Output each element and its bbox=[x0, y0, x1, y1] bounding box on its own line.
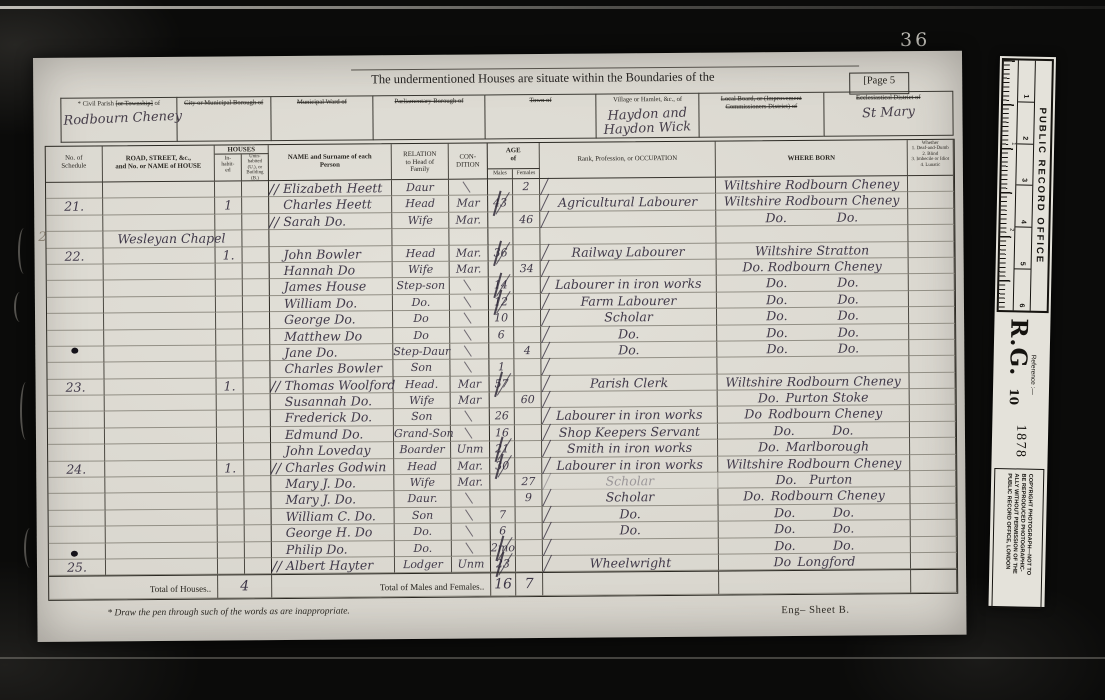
inhabited-cell bbox=[217, 476, 244, 493]
relation-cell: Step-Daur bbox=[393, 344, 450, 361]
district-box-4: Town of bbox=[484, 94, 596, 140]
schedule-cell bbox=[47, 363, 104, 380]
infirmity-cell bbox=[910, 471, 956, 488]
condition-cell: Mar. bbox=[450, 261, 489, 278]
road-cell bbox=[105, 460, 217, 477]
age-male-cell bbox=[488, 212, 513, 229]
header-born: WHERE BORN bbox=[716, 140, 908, 178]
inhabited-cell bbox=[215, 181, 242, 198]
road-cell bbox=[106, 559, 218, 576]
age-female-cell bbox=[515, 425, 542, 442]
condition-cell: Mar bbox=[451, 393, 490, 410]
born-cell: Do. Do. bbox=[717, 340, 909, 358]
header-females: Females bbox=[513, 169, 540, 179]
pen-slash bbox=[464, 329, 472, 340]
inhabited-cell bbox=[216, 280, 243, 297]
occupation-cell: Do. bbox=[541, 342, 717, 360]
film-frame-number: 36 bbox=[900, 29, 930, 51]
census-table: No. of ScheduleROAD, STREET, &c., and No… bbox=[45, 139, 959, 602]
relation-cell: Son bbox=[394, 409, 451, 426]
district-box-3: Parliamentary Borough of bbox=[373, 94, 485, 140]
uninhabited-cell bbox=[242, 247, 269, 264]
sheet-designation: Eng– Sheet B. bbox=[781, 605, 849, 617]
district-handwritten-value: Haydon Wick bbox=[599, 119, 697, 138]
infirmity-cell bbox=[911, 553, 957, 570]
road-cell bbox=[104, 296, 216, 313]
schedule-cell: 23. bbox=[48, 379, 105, 396]
occupation-cell: Scholar bbox=[542, 489, 718, 507]
age-female-cell bbox=[515, 376, 542, 393]
road-cell bbox=[104, 345, 216, 362]
age-male-cell: 26 bbox=[490, 409, 515, 426]
infirmity-cell bbox=[909, 372, 955, 389]
road-cell bbox=[105, 378, 217, 395]
relation-cell: Grand-Son bbox=[394, 426, 451, 443]
pen-tick bbox=[541, 276, 550, 294]
name-cell: William Do. bbox=[270, 295, 393, 312]
relation-cell: Do. bbox=[393, 294, 450, 311]
uninhabited-cell bbox=[243, 296, 270, 313]
relation-cell: Wife bbox=[393, 262, 450, 279]
header-condition: CON- DITION bbox=[449, 143, 488, 179]
condition-cell: Mar bbox=[451, 376, 490, 393]
occupation-cell bbox=[541, 358, 717, 376]
district-box-1: City or Municipal Borough of bbox=[176, 96, 270, 142]
inhabited-cell bbox=[218, 526, 245, 543]
occupation-cell: Farm Labourer bbox=[541, 292, 717, 310]
header-relation: RELATION to Head of Family bbox=[392, 144, 449, 180]
name-cell: George H. Do bbox=[272, 524, 395, 541]
relation-cell: Son bbox=[393, 360, 450, 377]
relation-cell: Step-son bbox=[393, 278, 450, 295]
ruler-box-number: 6 bbox=[1014, 269, 1031, 310]
infirmity-cell bbox=[908, 241, 954, 258]
infirmity-cell bbox=[909, 274, 955, 291]
born-cell: Do. Do. bbox=[719, 537, 911, 555]
age-female-cell: 4 bbox=[514, 343, 541, 360]
road-cell bbox=[104, 313, 216, 330]
uninhabited-cell bbox=[242, 181, 269, 198]
occupation-cell: Agricultural Labourer bbox=[540, 194, 716, 212]
schedule-cell: 24. bbox=[48, 461, 105, 478]
occupation-cell: Labourer in iron works bbox=[541, 276, 717, 294]
born-cell: Wiltshire Rodbourn Cheney bbox=[716, 176, 908, 194]
occupation-cell: Wheelwright bbox=[543, 555, 719, 573]
relation-cell bbox=[392, 229, 449, 246]
infirmity-cell bbox=[911, 520, 957, 537]
margin-dot bbox=[71, 551, 78, 557]
district-box-0: * Civil Parish [or Township] ofRodbourn … bbox=[60, 97, 176, 143]
born-cell: Do. Do. bbox=[716, 209, 908, 227]
film-streak-bottom bbox=[0, 657, 1105, 659]
road-cell bbox=[103, 247, 215, 264]
totals-houses-label: Total of Houses.. bbox=[49, 575, 218, 600]
name-cell: George Do. bbox=[270, 311, 393, 328]
relation-cell: Do bbox=[393, 311, 450, 328]
uninhabited-cell bbox=[244, 460, 271, 477]
age-female-cell bbox=[514, 359, 541, 376]
ruler-cm-number: 2 bbox=[1008, 228, 1014, 231]
district-label: Local Board, or (Improvement Commissione… bbox=[699, 93, 823, 111]
age-male-cell bbox=[490, 491, 515, 508]
name-cell: Charles Bowler bbox=[270, 360, 393, 377]
pen-tick bbox=[542, 489, 551, 507]
occupation-cell: Do. bbox=[543, 522, 719, 540]
pro-reference: Reference :— R.G. 10 bbox=[993, 312, 1051, 415]
district-label: Ecclesiastical District of bbox=[824, 92, 952, 103]
uninhabited-cell bbox=[243, 312, 270, 329]
pen-slash bbox=[463, 181, 471, 192]
uninhabited-cell bbox=[244, 476, 271, 493]
uninhabited-cell bbox=[244, 493, 271, 510]
condition-cell bbox=[451, 409, 490, 426]
header-road: ROAD, STREET, &c., and No. or NAME of HO… bbox=[103, 146, 215, 183]
pen-slash bbox=[465, 493, 473, 504]
schedule-cell bbox=[46, 215, 103, 232]
pro-reference-strip: PUBLIC RECORD OFFICE 123456 12 Reference… bbox=[988, 56, 1056, 607]
relation-cell: Daur bbox=[392, 180, 449, 197]
name-cell: Philip Do. bbox=[272, 541, 395, 558]
schedule-cell bbox=[47, 297, 104, 314]
name-cell: Mary J. Do. bbox=[271, 475, 394, 492]
age-female-cell bbox=[515, 458, 542, 475]
name-cell: John Loveday bbox=[271, 442, 394, 459]
road-cell bbox=[103, 182, 215, 199]
infirmity-cell bbox=[908, 192, 954, 209]
relation-cell: Do. bbox=[395, 524, 452, 541]
condition-cell: Mar. bbox=[449, 245, 488, 262]
age-female-cell bbox=[516, 556, 543, 573]
infirmity-cell bbox=[909, 340, 955, 357]
district-label: Village or Hamlet, &c., of bbox=[597, 94, 699, 104]
condition-cell bbox=[451, 491, 490, 508]
road-cell bbox=[105, 411, 217, 428]
born-cell: Do Rodbourn Cheney bbox=[718, 406, 910, 424]
copyright-notice: COPYRIGHT PHOTOGRAPH—NOT TO BE REPRODUCE… bbox=[991, 468, 1044, 609]
pen-tick bbox=[541, 325, 550, 343]
condition-cell: Unm bbox=[452, 556, 491, 573]
condition-cell bbox=[449, 179, 488, 196]
uninhabited-cell bbox=[243, 279, 270, 296]
piece-year: 1878 bbox=[991, 414, 1048, 469]
footer-instruction: * Draw the pen through such of the words… bbox=[107, 607, 349, 619]
inhabited-cell bbox=[216, 296, 243, 313]
header-houses: HOUSES bbox=[215, 145, 269, 154]
born-cell: Wiltshire Rodbourn Cheney bbox=[716, 193, 908, 211]
film-streak-top bbox=[0, 6, 1105, 9]
pen-tick bbox=[541, 309, 550, 327]
age-female-cell: 2 bbox=[513, 179, 540, 196]
schedule-cell: 21. bbox=[46, 199, 103, 216]
relation-cell: Head bbox=[392, 245, 449, 262]
occupation-cell: Shop Keepers Servant bbox=[542, 423, 718, 441]
age-female-cell bbox=[515, 441, 542, 458]
occupation-cell bbox=[541, 260, 717, 278]
relation-cell: Wife bbox=[394, 475, 451, 492]
occupation-cell bbox=[543, 538, 719, 556]
schedule-cell bbox=[47, 314, 104, 331]
uninhabited-cell bbox=[243, 361, 270, 378]
pencil-margin-number: 2 bbox=[38, 230, 46, 245]
age-male-cell: 23 bbox=[491, 556, 516, 573]
pen-slash bbox=[464, 411, 472, 422]
inhabited-cell bbox=[216, 329, 243, 346]
pen-tick bbox=[542, 456, 551, 474]
born-cell: Wiltshire Stratton bbox=[716, 242, 908, 260]
occupation-cell bbox=[540, 227, 716, 245]
uninhabited-cell bbox=[242, 214, 269, 231]
born-cell: Do. Do. bbox=[717, 274, 909, 292]
age-male-cell: 10 bbox=[489, 310, 514, 327]
condition-cell bbox=[449, 229, 488, 246]
pen-tick bbox=[543, 538, 552, 556]
condition-cell bbox=[450, 360, 489, 377]
name-cell: Hannah Do bbox=[270, 262, 393, 279]
pro-strip-content: PUBLIC RECORD OFFICE 123456 12 Reference… bbox=[988, 56, 1056, 607]
inhabited-cell bbox=[218, 558, 245, 575]
inhabited-cell bbox=[217, 411, 244, 428]
name-cell: James House bbox=[270, 279, 393, 296]
header-age: AGE of bbox=[488, 143, 540, 169]
inhabited-cell bbox=[217, 394, 244, 411]
born-cell: Do. Do. bbox=[717, 324, 909, 342]
road-cell: Wesleyan Chapel bbox=[103, 231, 215, 248]
road-cell bbox=[105, 395, 217, 412]
age-male-cell: 57 bbox=[490, 376, 515, 393]
pen-tick bbox=[542, 407, 551, 425]
inhabited-cell: 1. bbox=[215, 247, 242, 264]
schedule-cell: 25. bbox=[49, 559, 106, 576]
born-cell: Do. Do. bbox=[719, 520, 911, 538]
road-cell bbox=[104, 362, 216, 379]
condition-cell: Unm bbox=[451, 442, 490, 459]
ruler-box-number: 5 bbox=[1015, 228, 1032, 270]
age-male-cell: 6 bbox=[489, 327, 514, 344]
district-handwritten-value: St Mary bbox=[826, 103, 951, 123]
inhabited-cell bbox=[216, 362, 243, 379]
uninhabited-cell bbox=[243, 329, 270, 346]
pen-tick bbox=[542, 374, 551, 392]
relation-cell: Daur. bbox=[394, 491, 451, 508]
age-female-cell bbox=[513, 245, 540, 262]
name-cell: Edmund Do. bbox=[271, 426, 394, 443]
relation-cell: Boarder bbox=[394, 442, 451, 459]
pen-tick bbox=[541, 292, 550, 310]
infirmity-cell bbox=[910, 454, 956, 471]
age-female-cell bbox=[516, 523, 543, 540]
district-box-7: Ecclesiastical District ofSt Mary bbox=[823, 91, 954, 137]
relation-cell: Head bbox=[394, 458, 451, 475]
ruler-box-number: 3 bbox=[1016, 144, 1033, 186]
born-cell: Do. Rodbourn Cheney bbox=[717, 258, 909, 276]
road-cell bbox=[106, 526, 218, 543]
pen-slash bbox=[465, 526, 473, 537]
schedule-cell bbox=[46, 232, 103, 249]
margin-dot bbox=[71, 348, 78, 354]
totals-males-value: 16 bbox=[491, 573, 516, 597]
infirmity-cell bbox=[910, 422, 956, 439]
header-occupation: Rank, Profession, or OCCUPATION bbox=[540, 142, 716, 179]
occupation-cell: Railway Labourer bbox=[540, 243, 716, 261]
born-cell: Do Longford bbox=[719, 553, 911, 571]
name-cell: Matthew Do bbox=[270, 328, 393, 345]
header-males: Males bbox=[488, 169, 513, 179]
age-female-cell bbox=[516, 507, 543, 524]
born-cell bbox=[717, 356, 909, 374]
age-female-cell bbox=[513, 195, 540, 212]
pen-slash bbox=[463, 280, 471, 291]
schedule-cell bbox=[46, 182, 103, 199]
schedule-cell bbox=[49, 527, 106, 544]
inhabited-cell bbox=[217, 444, 244, 461]
name-cell: Thomas Woolford bbox=[271, 377, 394, 394]
schedule-cell bbox=[47, 330, 104, 347]
name-cell: William C. Do. bbox=[272, 508, 395, 525]
totals-houses-value: 4 bbox=[218, 575, 272, 599]
relation-cell: Wife bbox=[394, 393, 451, 410]
pen-tick bbox=[542, 440, 551, 458]
uninhabited-cell bbox=[245, 558, 272, 575]
schedule-cell bbox=[47, 281, 104, 298]
occupation-cell: Labourer in iron works bbox=[542, 407, 718, 425]
totals-empty-cell bbox=[911, 569, 957, 593]
pen-tick bbox=[541, 358, 550, 376]
ruler-cm-number: 1 bbox=[1010, 142, 1016, 145]
born-cell: Wiltshire Rodbourn Cheney bbox=[718, 455, 910, 473]
occupation-cell: Do. bbox=[543, 505, 719, 523]
microfilm-photo: 36 The undermentioned Houses are situate… bbox=[0, 0, 1105, 700]
road-cell bbox=[105, 477, 217, 494]
totals-empty-cell bbox=[719, 569, 911, 595]
occupation-cell bbox=[540, 210, 716, 228]
name-cell: Sarah Do. bbox=[269, 213, 392, 230]
schedule-cell bbox=[49, 510, 106, 527]
schedule-cell bbox=[47, 264, 104, 281]
occupation-cell: Parish Clerk bbox=[542, 374, 718, 392]
inhabited-cell bbox=[216, 312, 243, 329]
road-cell bbox=[105, 427, 217, 444]
age-male-cell: 30 bbox=[490, 458, 515, 475]
infirmity-cell bbox=[910, 405, 956, 422]
schedule-cell: 22. bbox=[46, 248, 103, 265]
schedule-cell bbox=[48, 428, 105, 445]
relation-cell: Son bbox=[395, 508, 452, 525]
district-label: City or Municipal Borough of bbox=[177, 97, 270, 107]
infirmity-cell bbox=[909, 356, 955, 373]
infirmity-cell bbox=[909, 258, 955, 275]
age-male-cell bbox=[490, 392, 515, 409]
road-cell bbox=[104, 280, 216, 297]
ruler-box-number: 2 bbox=[1017, 102, 1034, 144]
born-cell bbox=[716, 225, 908, 243]
district-label: Parliamentary Borough of bbox=[374, 95, 485, 105]
condition-cell: Mar. bbox=[451, 474, 490, 491]
schedule-cell bbox=[48, 396, 105, 413]
name-cell: Charles Godwin bbox=[271, 459, 394, 476]
header-name: NAME and Surname of each Person bbox=[269, 144, 392, 181]
uninhabited-cell bbox=[245, 525, 272, 542]
infirmity-cell bbox=[909, 291, 955, 308]
condition-cell bbox=[452, 524, 491, 541]
infirmity-cell bbox=[910, 438, 956, 455]
age-female-cell bbox=[513, 228, 540, 245]
name-cell: Jane Do. bbox=[270, 344, 393, 361]
age-female-cell: 34 bbox=[514, 261, 541, 278]
header-whether: Whether 1. Deaf-and-Dumb 2. Blind 3. Imb… bbox=[908, 140, 954, 176]
uninhabited-cell bbox=[244, 378, 271, 395]
pro-ruler: PUBLIC RECORD OFFICE 123456 12 bbox=[997, 58, 1054, 313]
pen-slash bbox=[464, 313, 472, 324]
district-box-6: Local Board, or (Improvement Commissione… bbox=[698, 92, 823, 138]
schedule-cell bbox=[48, 445, 105, 462]
schedule-cell bbox=[48, 412, 105, 429]
age-female-cell: 9 bbox=[515, 490, 542, 507]
film-scratch bbox=[24, 528, 36, 568]
condition-cell bbox=[450, 294, 489, 311]
uninhabited-cell bbox=[242, 198, 269, 215]
header-inhabited: In- habit- ed bbox=[215, 154, 242, 181]
inhabited-cell bbox=[218, 509, 245, 526]
uninhabited-cell bbox=[244, 427, 271, 444]
age-female-cell: 60 bbox=[515, 392, 542, 409]
inhabited-cell bbox=[216, 263, 243, 280]
age-male-cell: 12 bbox=[489, 294, 514, 311]
infirmity-cell bbox=[911, 504, 957, 521]
occupation-cell: Scholar bbox=[542, 473, 718, 491]
header-schedule: No. of Schedule bbox=[46, 146, 103, 182]
inhabited-cell bbox=[215, 214, 242, 231]
relation-cell: Do bbox=[393, 327, 450, 344]
occupation-cell bbox=[540, 178, 716, 196]
schedule-cell bbox=[48, 477, 105, 494]
age-female-cell bbox=[515, 408, 542, 425]
relation-cell: Do. bbox=[395, 540, 452, 557]
condition-cell bbox=[452, 540, 491, 557]
age-female-cell bbox=[514, 310, 541, 327]
occupation-cell: Do. bbox=[541, 325, 717, 343]
uninhabited-cell bbox=[242, 230, 269, 247]
condition-cell: Mar. bbox=[451, 458, 490, 475]
name-cell: John Bowler bbox=[269, 246, 392, 263]
born-cell: Wiltshire Rodbourn Cheney bbox=[718, 373, 910, 391]
road-cell bbox=[103, 198, 215, 215]
infirmity-cell bbox=[908, 176, 954, 193]
condition-cell bbox=[450, 327, 489, 344]
relation-cell: Lodger bbox=[395, 557, 452, 574]
pen-slash bbox=[464, 362, 472, 373]
ruler-box-number: 1 bbox=[1018, 60, 1035, 102]
uninhabited-cell bbox=[243, 345, 270, 362]
infirmity-cell bbox=[910, 389, 956, 406]
ruler-box-number: 4 bbox=[1015, 186, 1032, 228]
district-box-5: Village or Hamlet, &c., ofHaydon andHayd… bbox=[596, 93, 699, 139]
occupation-cell: Scholar bbox=[541, 309, 717, 327]
pen-tick bbox=[540, 194, 549, 212]
inhabited-cell: 1. bbox=[217, 378, 244, 395]
inhabited-cell bbox=[216, 345, 243, 362]
infirmity-cell bbox=[910, 487, 956, 504]
infirmity-cell bbox=[909, 323, 955, 340]
age-female-cell: 46 bbox=[513, 212, 540, 229]
road-cell bbox=[105, 493, 217, 510]
uninhabited-cell bbox=[244, 411, 271, 428]
uninhabited-cell bbox=[245, 509, 272, 526]
born-cell: Do. Do. bbox=[718, 422, 910, 440]
relation-cell: Wife bbox=[392, 213, 449, 230]
occupation-cell: Smith in iron works bbox=[542, 440, 718, 458]
series-code: R.G. bbox=[1006, 318, 1029, 376]
condition-cell bbox=[450, 343, 489, 360]
